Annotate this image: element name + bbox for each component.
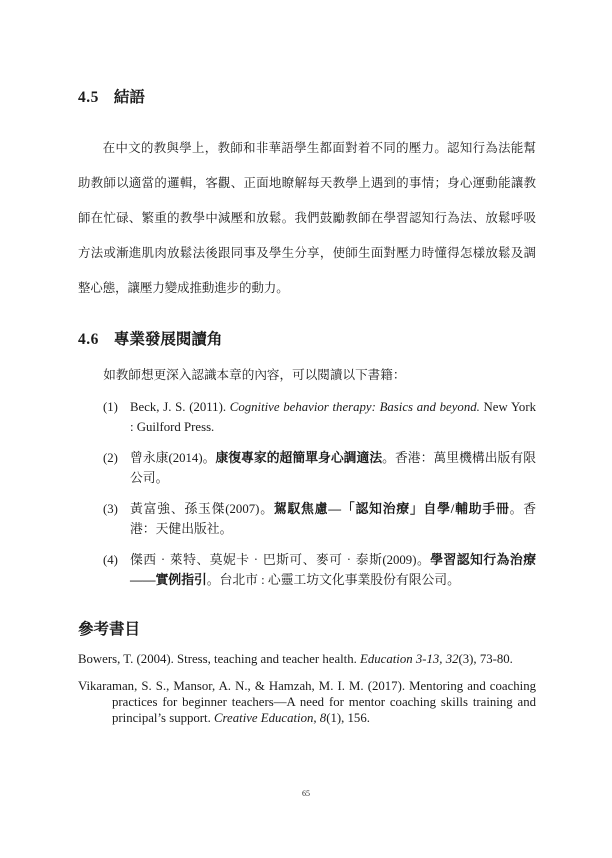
item-citation-pre: Beck, J. S. (2011). [130,400,230,414]
item-number: (1) [103,397,130,437]
section-4-5-heading: 4.5結語 [78,88,536,108]
reference-citation-pre: Bowers, T. (2004). Stress, teaching and … [78,652,360,666]
reading-list-item: (2) 曾永康(2014)。康復專家的超簡單身心調適法。香港：萬里機構出版有限公… [103,448,536,488]
reading-list-item: (1) Beck, J. S. (2011). Cognitive behavi… [103,397,536,437]
reading-list: (1) Beck, J. S. (2011). Cognitive behavi… [78,397,536,590]
item-number: (3) [103,499,130,539]
item-text: 曾永康(2014)。康復專家的超簡單身心調適法。香港：萬里機構出版有限公司。 [130,448,536,488]
section-title: 專業發展閱讀角 [114,330,223,350]
item-citation-pre: 傑西‧萊特、莫妮卡‧巴斯可、麥可‧泰斯(2009)。 [130,553,430,567]
page-content: 4.5結語 在中文的教與學上，教師和非華語學生都面對着不同的壓力。認知行為法能幫… [0,0,612,726]
book-title: Cognitive behavior therapy: Basics and b… [230,400,480,414]
item-text: 黃富強、孫玉傑(2007)。駕馭焦慮—「認知治療」自學/輔助手冊。香港：天健出版… [130,499,536,539]
reading-list-item: (3) 黃富強、孫玉傑(2007)。駕馭焦慮—「認知治療」自學/輔助手冊。香港：… [103,499,536,539]
journal-title: Creative Education, 8 [214,711,326,725]
item-citation-pre: 曾永康(2014)。 [130,451,215,465]
item-number: (2) [103,448,130,488]
section-number: 4.6 [78,330,99,350]
reference-entry: Bowers, T. (2004). Stress, teaching and … [78,651,536,667]
reference-entry: Vikaraman, S. S., Mansor, A. N., & Hamza… [78,678,536,726]
references-heading: 參考書目 [78,620,536,640]
section-4-6-heading: 4.6專業發展閱讀角 [78,330,536,350]
document-page: 4.5結語 在中文的教與學上，教師和非華語學生都面對着不同的壓力。認知行為法能幫… [0,0,612,858]
reference-citation-post: (1), 156. [326,711,370,725]
conclusion-paragraph: 在中文的教與學上，教師和非華語學生都面對着不同的壓力。認知行為法能幫助教師以適當… [78,131,536,306]
item-text: 傑西‧萊特、莫妮卡‧巴斯可、麥可‧泰斯(2009)。學習認知行為治療——實例指引… [130,550,536,590]
item-number: (4) [103,550,130,590]
journal-title: Education 3-13, 32 [360,652,458,666]
book-title: 駕馭焦慮—「認知治療」自學/輔助手冊 [274,502,510,516]
section-title: 結語 [114,88,145,108]
item-citation-post: 。台北市 : 心靈工坊文化事業股份有限公司。 [207,573,460,587]
item-text: Beck, J. S. (2011). Cognitive behavior t… [130,397,536,437]
reading-list-intro: 如教師想更深入認識本章的內容，可以閱讀以下書籍： [78,364,536,386]
reference-citation-post: (3), 73-80. [459,652,513,666]
book-title: 康復專家的超簡單身心調適法 [215,451,382,465]
page-number: 65 [0,789,612,798]
reading-list-item: (4) 傑西‧萊特、莫妮卡‧巴斯可、麥可‧泰斯(2009)。學習認知行為治療——… [103,550,536,590]
item-citation-pre: 黃富強、孫玉傑(2007)。 [130,502,274,516]
section-number: 4.5 [78,88,99,108]
